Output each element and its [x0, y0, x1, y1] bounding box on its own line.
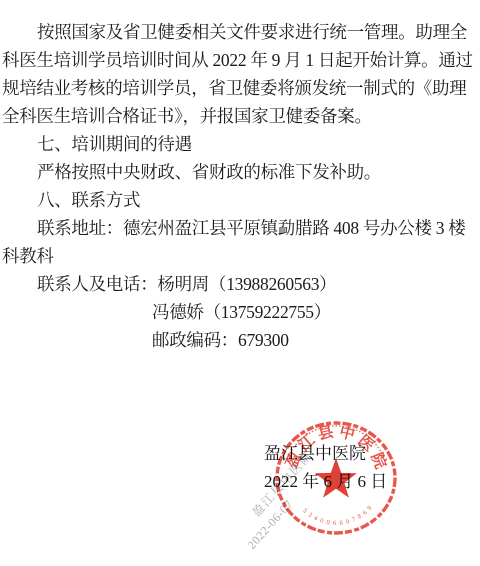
body-line: 按照国家及省卫健委相关文件要求进行统一管理。助理全 — [2, 18, 478, 46]
document-body: 按照国家及省卫健委相关文件要求进行统一管理。助理全科医生培训学员培训时间从 20… — [2, 18, 478, 354]
body-line: 八、联系方式 — [2, 186, 478, 214]
body-line: 联系地址：德宏州盈江县平原镇勐腊路 408 号办公楼 3 楼 — [2, 214, 478, 242]
body-line: 七、培训期间的待遇 — [2, 130, 478, 158]
body-line: 邮政编码：679300 — [2, 326, 478, 354]
body-line: 科教科 — [2, 242, 478, 270]
svg-text:534006607869: 534006607869 — [301, 505, 373, 527]
official-seal: 盈江县中医院 534006607869 — [265, 408, 407, 550]
body-line: 全科医生培训合格证书》，并报国家卫健委备案。 — [2, 102, 478, 130]
body-line: 冯德娇（13759222755） — [2, 298, 478, 326]
seal-star-icon — [315, 458, 357, 498]
body-line: 规培结业考核的培训学员，省卫健委将颁发统一制式的《助理 — [2, 74, 478, 102]
seal-code: 534006607869 — [301, 505, 373, 527]
body-line: 严格按照中央财政、省财政的标准下发补助。 — [2, 158, 478, 186]
body-line: 联系人及电话：杨明周（13988260563） — [2, 270, 478, 298]
body-line: 科医生培训学员培训时间从 2022 年 9 月 1 日起开始计算。通过 — [2, 46, 478, 74]
